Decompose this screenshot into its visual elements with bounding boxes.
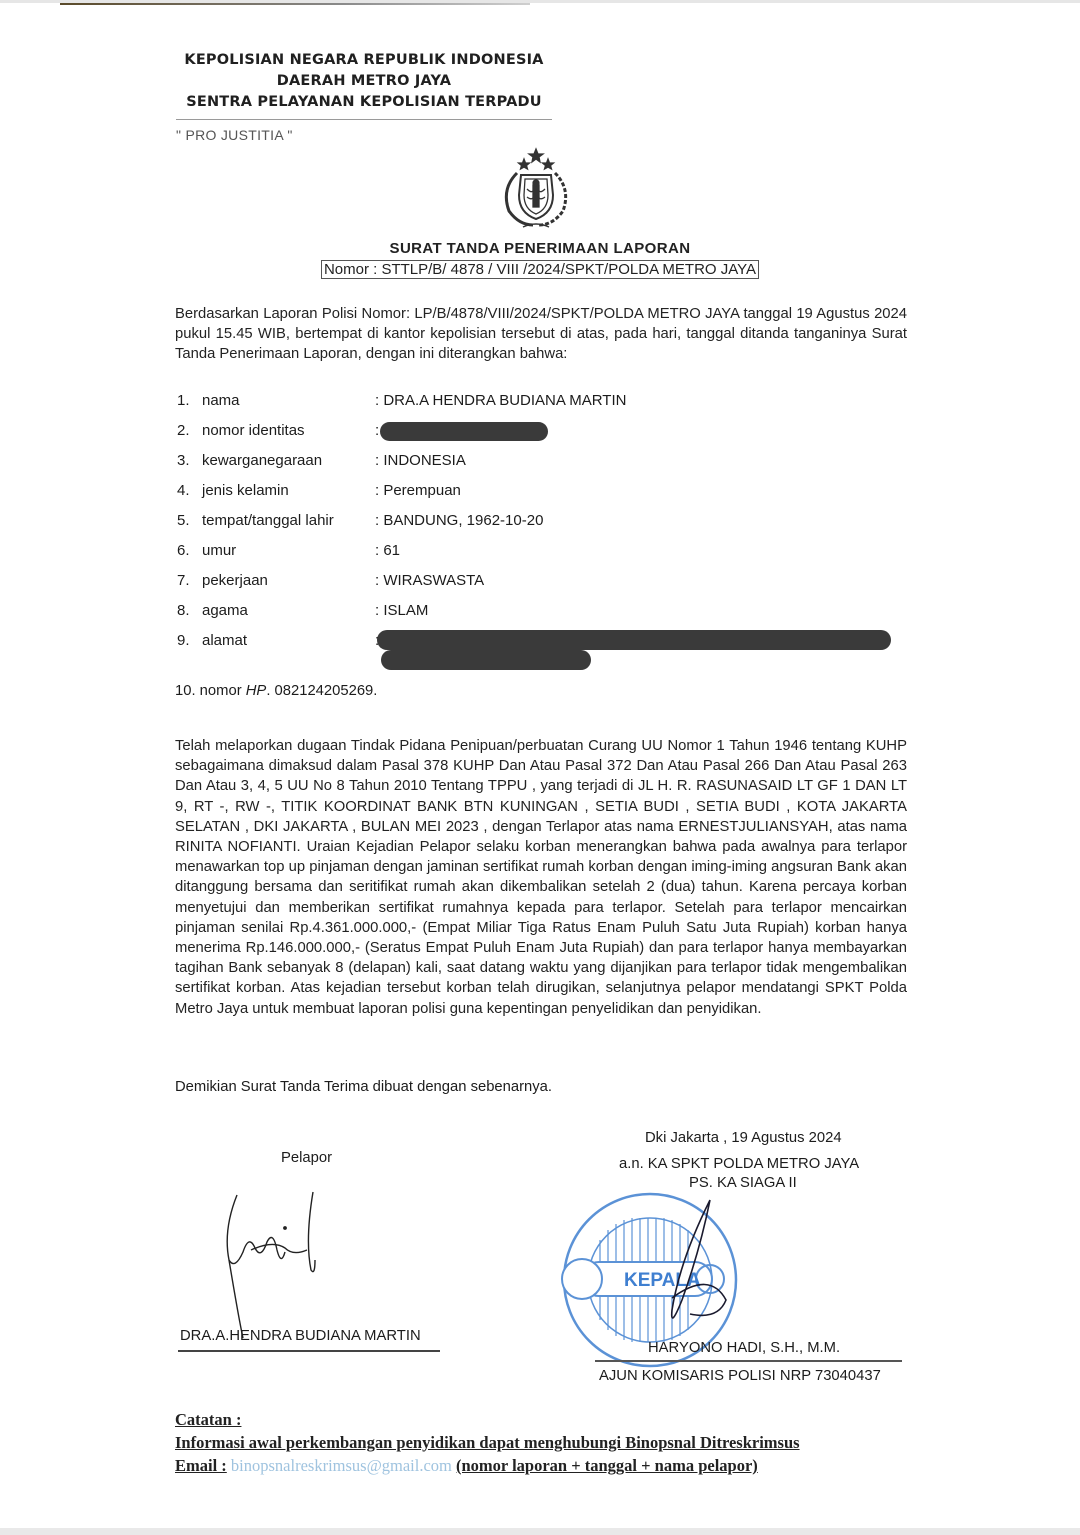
closing-statement: Demikian Surat Tanda Terima dibuat denga… (175, 1079, 552, 1095)
email-label: Email : (175, 1456, 227, 1475)
place-and-date: Dki Jakarta , 19 Agustus 2024 (645, 1130, 842, 1146)
page-bottom-edge (0, 1528, 1080, 1535)
field-value: : ISLAM (375, 602, 428, 619)
notes-heading: Catatan : (175, 1408, 800, 1431)
field-label: jenis kelamin (202, 482, 289, 499)
field-number: 2. (177, 422, 199, 439)
reporter-role: Pelapor (281, 1150, 332, 1166)
email-link[interactable]: binopsnalreskrimsus@gmail.com (231, 1456, 452, 1475)
letterhead-line-1: KEPOLISIAN NEGARA REPUBLIK INDONESIA (176, 50, 552, 71)
field-number: 7. (177, 572, 199, 589)
field-number: 3. (177, 452, 199, 469)
polri-emblem-icon (487, 145, 585, 235)
field-label: pekerjaan (202, 572, 268, 589)
notes-line-1: Informasi awal perkembangan penyidikan d… (175, 1431, 800, 1454)
field-number: 9. (177, 632, 199, 649)
notes-section: Catatan : Informasi awal perkembangan pe… (175, 1408, 800, 1477)
email-instructions: (nomor laporan + tanggal + nama pelapor) (456, 1456, 758, 1475)
on-behalf-of: a.n. KA SPKT POLDA METRO JAYA (619, 1156, 859, 1172)
field-value: : 61 (375, 542, 400, 559)
field-label: nama (202, 392, 240, 409)
field-label: nomor identitas (202, 422, 305, 439)
report-body-paragraph: Telah melaporkan dugaan Tindak Pidana Pe… (175, 736, 907, 1019)
field-value: : BANDUNG, 1962-10-20 (375, 512, 543, 529)
letterhead-line-3: SENTRA PELAYANAN KEPOLISIAN TERPADU (176, 92, 552, 113)
field-label: tempat/tanggal lahir (202, 512, 334, 529)
officer-rank: AJUN KOMISARIS POLISI NRP 73040437 (599, 1368, 881, 1384)
phone-number-line: 10. nomor HP. 082124205269. (175, 683, 377, 699)
document-number: Nomor : STTLP/B/ 4878 / VIII /2024/SPKT/… (321, 260, 759, 279)
field-label: kewarganegaraan (202, 452, 322, 469)
letterhead-rule (176, 119, 552, 120)
intro-paragraph: Berdasarkan Laporan Polisi Nomor: LP/B/4… (175, 304, 907, 365)
phone-value: . 082124205269. (266, 683, 377, 699)
phone-label: 10. nomor (175, 683, 242, 699)
officer-name: HARYONO HADI, S.H., M.M. (648, 1340, 840, 1356)
field-number: 6. (177, 542, 199, 559)
reporter-name-underline (178, 1350, 440, 1352)
redaction-mark (377, 630, 891, 650)
field-value: : Perempuan (375, 482, 461, 499)
pro-justitia: " PRO JUSTITIA " (176, 127, 293, 143)
reporter-signature-icon (215, 1190, 345, 1340)
officer-name-rule (595, 1360, 902, 1362)
field-number: 8. (177, 602, 199, 619)
letterhead-line-2: DAERAH METRO JAYA (176, 71, 552, 92)
field-label: alamat (202, 632, 247, 649)
field-value: : INDONESIA (375, 452, 466, 469)
field-number: 5. (177, 512, 199, 529)
redaction-mark (380, 422, 548, 441)
phone-hp-abbrev: HP (246, 683, 267, 699)
field-number: 1. (177, 392, 199, 409)
field-value: : DRA.A HENDRA BUDIANA MARTIN (375, 392, 626, 409)
letterhead: KEPOLISIAN NEGARA REPUBLIK INDONESIA DAE… (176, 50, 552, 120)
redaction-mark (381, 650, 591, 670)
reporter-name: DRA.A.HENDRA BUDIANA MARTIN (180, 1328, 421, 1344)
document-title-block: SURAT TANDA PENERIMAAN LAPORAN Nomor : S… (300, 240, 780, 279)
document-title: SURAT TANDA PENERIMAAN LAPORAN (300, 240, 780, 257)
field-number: 4. (177, 482, 199, 499)
field-label: agama (202, 602, 248, 619)
field-label: umur (202, 542, 236, 559)
field-value: : WIRASWASTA (375, 572, 484, 589)
page-top-rule (60, 3, 530, 5)
officer-position: PS. KA SIAGA II (689, 1175, 797, 1191)
